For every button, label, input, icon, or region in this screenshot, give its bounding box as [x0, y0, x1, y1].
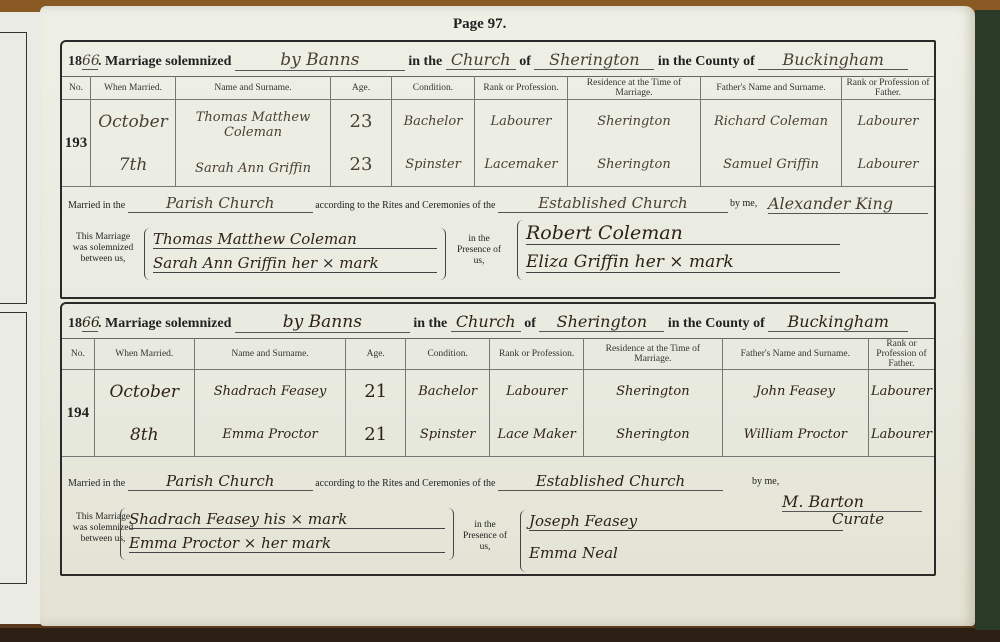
bride-name: Sarah Ann Griffin [178, 161, 328, 176]
entry-table: No. When Married. Name and Surname. Age.… [62, 338, 934, 457]
label-according-to: according to the Rites and Ceremonies of… [315, 200, 495, 211]
married-in-line: Married in the Parish Church according t… [68, 194, 728, 213]
bride-signature: Emma Proctor × her mark [129, 534, 445, 553]
label-of: of [524, 316, 536, 331]
label-of: of [753, 316, 765, 331]
col-no: No. [62, 77, 91, 100]
table-row: 193 October7th Thomas Matthew ColemanSar… [62, 100, 934, 187]
label-marriage-solemnized: Marriage solemnized [105, 54, 231, 69]
witness-2-signature: Eliza Griffin her × mark [526, 252, 840, 273]
col-when-married: When Married. [94, 339, 194, 370]
col-rank: Rank or Profession. [490, 339, 584, 370]
label-by-me: by me, [752, 476, 779, 487]
date-month: October [93, 112, 173, 132]
solemnized-by: by Banns [235, 50, 405, 71]
officiant-signature: Alexander King [768, 194, 928, 214]
bride-residence: Sherington [586, 427, 720, 442]
groom-residence: Sherington [570, 114, 698, 129]
bride-condition: Spinster [394, 157, 472, 172]
groom-father-name: Richard Coleman [703, 114, 839, 129]
bride-name: Emma Proctor [197, 427, 344, 442]
col-father-rank: Rank or Profession of Father. [868, 339, 934, 370]
building: Church [451, 312, 521, 332]
county: Buckingham [768, 312, 908, 332]
col-residence: Residence at the Time of Marriage. [584, 339, 723, 370]
parish: Sherington [534, 50, 654, 70]
parish: Sherington [539, 312, 664, 332]
marriage-entry-193: 1866. Marriage solemnized by Banns in th… [60, 40, 936, 299]
groom-age: 23 [333, 111, 389, 132]
groom-residence: Sherington [586, 384, 720, 399]
label-in-presence: in the Presence of us, [460, 520, 510, 553]
label-this-marriage: This Marriage was solemnized between us, [68, 232, 138, 265]
bride-residence: Sherington [570, 157, 698, 172]
col-father-name: Father's Name and Surname. [701, 77, 842, 100]
marriage-entry-194: 1866. Marriage solemnized by Banns in th… [60, 302, 936, 576]
date-month: October [97, 382, 192, 402]
register-page: Page 97. 1866. Marriage solemnized by Ba… [40, 6, 975, 626]
groom-profession: Labourer [492, 384, 581, 399]
groom-father-name: John Feasey [725, 384, 866, 399]
witness-2-signature: Emma Neal [529, 544, 843, 562]
entry-number: 193 [65, 135, 88, 151]
bride-father-rank: Labourer [844, 157, 932, 172]
col-when-married: When Married. [91, 77, 176, 100]
groom-profession: Labourer [477, 114, 565, 129]
header-row: No. When Married. Name and Surname. Age.… [62, 339, 934, 370]
col-age: Age. [331, 77, 392, 100]
label-married-in: Married in the [68, 478, 125, 489]
groom-condition: Bachelor [408, 384, 487, 399]
groom-father-rank: Labourer [871, 384, 932, 399]
bride-condition: Spinster [408, 427, 487, 442]
col-father-name: Father's Name and Surname. [722, 339, 868, 370]
label-by-me: by me, [730, 198, 757, 209]
book-background-bottom [0, 628, 1000, 642]
label-in-the: in the [413, 316, 447, 331]
col-condition: Condition. [392, 77, 475, 100]
entry-title-line: 1866. Marriage solemnized by Banns in th… [68, 312, 908, 333]
couple-signatures: Shadrach Feasey his × mark Emma Proctor … [120, 508, 454, 560]
officiant-signature: M. Barton [782, 492, 922, 512]
witness-1-signature: Joseph Feasey [529, 512, 843, 531]
rites: Established Church [498, 472, 723, 491]
table-row: 194 October8th Shadrach FeaseyEmma Proct… [62, 370, 934, 457]
groom-signature: Thomas Matthew Coleman [153, 230, 437, 249]
bride-signature: Sarah Ann Griffin her × mark [153, 254, 437, 273]
page-number: Page 97. [453, 16, 506, 33]
year-prefix: 18 [68, 316, 82, 331]
col-rank: Rank or Profession. [475, 77, 568, 100]
witness-signatures: Joseph Feasey Emma Neal [520, 510, 851, 572]
couple-signatures: Thomas Matthew Coleman Sarah Ann Griffin… [144, 228, 446, 280]
date-day: 7th [93, 155, 173, 175]
facing-page-frame-bottom [0, 312, 27, 584]
label-according-to: according to the Rites and Ceremonies of… [315, 478, 495, 489]
county: Buckingham [758, 50, 908, 70]
label-marriage-solemnized: Marriage solemnized [105, 316, 231, 331]
groom-father-rank: Labourer [844, 114, 932, 129]
label-married-in: Married in the [68, 200, 125, 211]
year-suffix: 66 [82, 53, 98, 70]
label-of: of [743, 54, 755, 69]
bride-father-name: William Proctor [725, 427, 866, 442]
building: Church [446, 50, 516, 70]
entry-number: 194 [67, 405, 90, 421]
groom-name: Shadrach Feasey [197, 384, 344, 399]
groom-age: 21 [348, 381, 403, 402]
year-suffix: 66 [82, 315, 98, 332]
married-in-line: Married in the Parish Church according t… [68, 472, 723, 491]
bride-father-rank: Labourer [871, 427, 932, 442]
witness-signatures: Robert Coleman Eliza Griffin her × mark [517, 220, 848, 280]
solemnized-by: by Banns [235, 312, 410, 333]
col-age: Age. [346, 339, 406, 370]
col-name: Name and Surname. [176, 77, 331, 100]
year-prefix: 18 [68, 54, 82, 69]
bride-father-name: Samuel Griffin [703, 157, 839, 172]
witness-1-signature: Robert Coleman [526, 222, 840, 245]
groom-signature: Shadrach Feasey his × mark [129, 510, 445, 529]
col-residence: Residence at the Time of Marriage. [568, 77, 701, 100]
facing-page-frame-top [0, 32, 27, 304]
label-in-the: in the [408, 54, 442, 69]
header-row: No. When Married. Name and Surname. Age.… [62, 77, 934, 100]
bride-profession: Lace Maker [492, 427, 581, 442]
married-in-place: Parish Church [128, 472, 313, 491]
date-day: 8th [97, 425, 192, 445]
married-in-place: Parish Church [128, 194, 313, 213]
entry-title-line: 1866. Marriage solemnized by Banns in th… [68, 50, 908, 71]
col-name: Name and Surname. [194, 339, 346, 370]
bride-age: 23 [333, 154, 389, 175]
col-no: No. [62, 339, 94, 370]
bride-profession: Lacemaker [477, 157, 565, 172]
label-county: in the County [668, 316, 750, 331]
label-county: in the County [658, 54, 740, 69]
groom-condition: Bachelor [394, 114, 472, 129]
groom-name: Thomas Matthew Coleman [178, 110, 328, 140]
col-condition: Condition. [406, 339, 490, 370]
bride-age: 21 [348, 424, 403, 445]
rites: Established Church [498, 194, 728, 213]
label-of: of [519, 54, 531, 69]
entry-table: No. When Married. Name and Surname. Age.… [62, 76, 934, 187]
col-father-rank: Rank or Profession of Father. [842, 77, 935, 100]
label-in-presence: in the Presence of us, [454, 234, 504, 267]
book-cover-edge [975, 10, 1000, 630]
